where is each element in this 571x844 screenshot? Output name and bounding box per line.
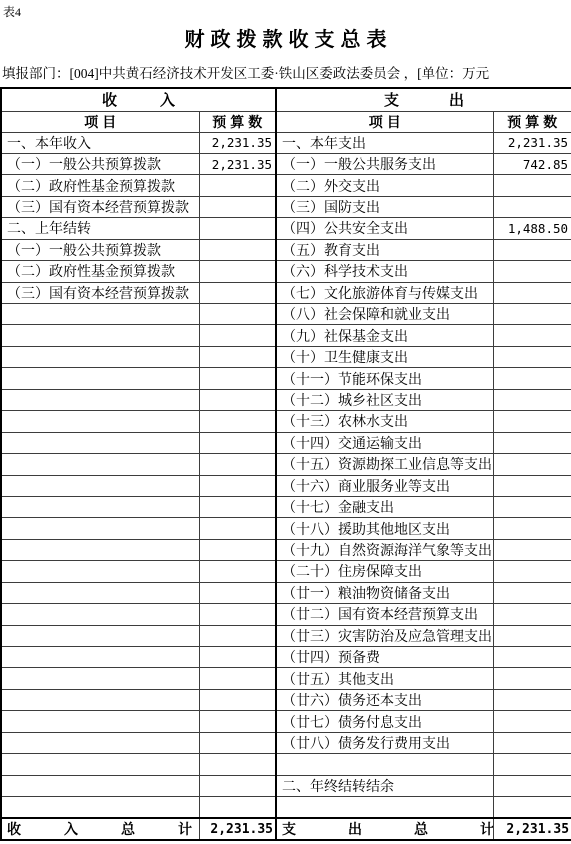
table-row: （一）一般公共预算拨款（五）教育支出 — [1, 239, 571, 260]
table-row: （廿五）其他支出 — [1, 668, 571, 689]
expense-item-cell: （十）卫生健康支出 — [276, 346, 493, 367]
table-row: （十五）资源勘探工业信息等支出 — [1, 454, 571, 475]
income-budget-cell — [199, 239, 276, 260]
income-item-cell — [1, 539, 199, 560]
expense-budget-cell — [493, 518, 571, 539]
income-budget-cell — [199, 797, 276, 818]
expense-item-cell: （二十）住房保障支出 — [276, 561, 493, 582]
expense-budget-cell — [493, 282, 571, 303]
expense-item-cell: （三）国防支出 — [276, 196, 493, 217]
table-tag: 表4 — [3, 3, 21, 20]
income-item-cell — [1, 797, 199, 818]
income-item-cell — [1, 368, 199, 389]
income-budget-cell — [199, 754, 276, 775]
income-item-cell: （二）政府性基金预算拨款 — [1, 175, 199, 196]
expense-budget-cell — [493, 604, 571, 625]
income-budget-column-header: 预算数 — [199, 111, 276, 132]
income-budget-cell — [199, 732, 276, 753]
expense-item-cell: （十八）援助其他地区支出 — [276, 518, 493, 539]
expense-budget-cell — [493, 368, 571, 389]
expense-budget-column-header: 预算数 — [493, 111, 571, 132]
income-budget-cell — [199, 775, 276, 796]
income-item-cell — [1, 475, 199, 496]
expense-budget-cell — [493, 175, 571, 196]
expense-budget-cell — [493, 411, 571, 432]
expense-item-cell: （廿四）预备费 — [276, 647, 493, 668]
expense-item-cell: （十二）城乡社区支出 — [276, 389, 493, 410]
income-budget-cell — [199, 346, 276, 367]
expense-budget-cell: 742.85 — [493, 153, 571, 174]
income-budget-cell — [199, 368, 276, 389]
page-title-text: 财政拨款收支总表 — [185, 29, 393, 51]
expense-item-cell: （十三）农林水支出 — [276, 411, 493, 432]
expense-budget-cell — [493, 475, 571, 496]
expense-budget-cell — [493, 325, 571, 346]
expense-item-cell: （廿一）粮油物资储备支出 — [276, 582, 493, 603]
expense-budget-cell — [493, 775, 571, 796]
expense-item-cell: （廿七）债务付息支出 — [276, 711, 493, 732]
expense-budget-cell — [493, 668, 571, 689]
table-row: （廿七）债务付息支出 — [1, 711, 571, 732]
table-row: （十）卫生健康支出 — [1, 346, 571, 367]
income-item-cell — [1, 775, 199, 796]
income-item-column-header: 项目 — [1, 111, 199, 132]
table-row: （一）一般公共预算拨款2,231.35（一）一般公共服务支出742.85 — [1, 153, 571, 174]
expense-budget-cell — [493, 454, 571, 475]
expense-item-cell: （十九）自然资源海洋气象等支出 — [276, 539, 493, 560]
total-row: 收入总计 2,231.35 支出总计 2,231.35 — [1, 818, 571, 840]
income-item-cell: （三）国有资本经营预算拨款 — [1, 282, 199, 303]
income-item-cell — [1, 732, 199, 753]
expense-budget-cell — [493, 647, 571, 668]
expense-total-label: 支出总计 — [276, 818, 493, 840]
expense-budget-cell — [493, 389, 571, 410]
column-header-row: 项目 预算数 项目 预算数 — [1, 111, 571, 132]
income-item-cell — [1, 346, 199, 367]
income-item-cell — [1, 411, 199, 432]
table-body: 一、本年收入2,231.35一、本年支出2,231.35（一）一般公共预算拨款2… — [1, 132, 571, 818]
income-item-cell — [1, 304, 199, 325]
expense-budget-cell — [493, 797, 571, 818]
expense-item-cell: （十一）节能环保支出 — [276, 368, 493, 389]
summary-table: 收入 支出 项目 预算数 项目 预算数 一 — [0, 87, 571, 841]
income-budget-cell — [199, 282, 276, 303]
expense-budget-cell: 1,488.50 — [493, 218, 571, 239]
income-budget-cell — [199, 561, 276, 582]
income-item-cell — [1, 754, 199, 775]
expense-item-cell: （廿八）债务发行费用支出 — [276, 732, 493, 753]
expense-budget-cell — [493, 625, 571, 646]
income-budget-cell — [199, 454, 276, 475]
table-row: （九）社保基金支出 — [1, 325, 571, 346]
expense-section-header: 支出 — [276, 88, 571, 111]
expense-total-value: 2,231.35 — [493, 818, 571, 840]
income-item-cell — [1, 496, 199, 517]
expense-item-column-header: 项目 — [276, 111, 493, 132]
table-row: （十八）援助其他地区支出 — [1, 518, 571, 539]
expense-budget-cell — [493, 539, 571, 560]
income-item-cell — [1, 625, 199, 646]
expense-budget-cell — [493, 689, 571, 710]
expense-budget-cell — [493, 496, 571, 517]
income-budget-cell — [199, 604, 276, 625]
table-row: 二、上年结转（四）公共安全支出1,488.50 — [1, 218, 571, 239]
expense-item-cell: （四）公共安全支出 — [276, 218, 493, 239]
table-row: （廿一）粮油物资储备支出 — [1, 582, 571, 603]
income-budget-cell — [199, 475, 276, 496]
expense-budget-cell — [493, 754, 571, 775]
income-budget-cell — [199, 539, 276, 560]
income-section-header-text: 收入 — [102, 93, 218, 109]
table-row: （八）社会保障和就业支出 — [1, 304, 571, 325]
income-budget-cell — [199, 389, 276, 410]
income-budget-cell — [199, 411, 276, 432]
expense-budget-cell — [493, 711, 571, 732]
expense-budget-cell: 2,231.35 — [493, 132, 571, 153]
expense-item-cell: （八）社会保障和就业支出 — [276, 304, 493, 325]
income-budget-cell — [199, 582, 276, 603]
income-item-cell: （一）一般公共预算拨款 — [1, 239, 199, 260]
table-row: （三）国有资本经营预算拨款（七）文化旅游体育与传媒支出 — [1, 282, 571, 303]
income-budget-cell — [199, 518, 276, 539]
income-budget-cell — [199, 218, 276, 239]
table-row: （十七）金融支出 — [1, 496, 571, 517]
income-item-cell — [1, 647, 199, 668]
income-item-cell: （一）一般公共预算拨款 — [1, 153, 199, 174]
table-row: （廿三）灾害防治及应急管理支出 — [1, 625, 571, 646]
expense-budget-cell — [493, 561, 571, 582]
expense-item-cell: （五）教育支出 — [276, 239, 493, 260]
table-row: （二十）住房保障支出 — [1, 561, 571, 582]
income-budget-cell — [199, 711, 276, 732]
table-row: 二、年终结转结余 — [1, 775, 571, 796]
income-budget-cell — [199, 196, 276, 217]
income-item-cell — [1, 689, 199, 710]
table-row: （二）政府性基金预算拨款（二）外交支出 — [1, 175, 571, 196]
expense-budget-cell — [493, 346, 571, 367]
table-row: 一、本年收入2,231.35一、本年支出2,231.35 — [1, 132, 571, 153]
expense-item-cell: （九）社保基金支出 — [276, 325, 493, 346]
income-budget-cell — [199, 432, 276, 453]
expense-budget-cell — [493, 239, 571, 260]
expense-item-cell: 一、本年支出 — [276, 132, 493, 153]
table-row: （廿六）债务还本支出 — [1, 689, 571, 710]
expense-item-cell: （七）文化旅游体育与传媒支出 — [276, 282, 493, 303]
expense-item-cell: （廿六）债务还本支出 — [276, 689, 493, 710]
table-row: （二）政府性基金预算拨款（六）科学技术支出 — [1, 261, 571, 282]
page-title: 财政拨款收支总表 — [0, 23, 571, 52]
department-line: 填报部门：[004]中共黄石经济技术开发区工委·铁山区委政法委员会 ，[单位：万… — [2, 62, 571, 82]
income-budget-cell — [199, 175, 276, 196]
income-item-cell — [1, 561, 199, 582]
income-item-cell — [1, 432, 199, 453]
expense-section-header-text: 支出 — [384, 93, 514, 109]
expense-budget-cell — [493, 582, 571, 603]
income-item-cell — [1, 389, 199, 410]
income-budget-cell — [199, 496, 276, 517]
table-row: （十三）农林水支出 — [1, 411, 571, 432]
expense-item-cell: （廿五）其他支出 — [276, 668, 493, 689]
income-budget-cell — [199, 689, 276, 710]
income-item-cell — [1, 711, 199, 732]
table-row: （十四）交通运输支出 — [1, 432, 571, 453]
income-budget-cell: 2,231.35 — [199, 132, 276, 153]
income-item-cell — [1, 604, 199, 625]
income-budget-cell: 2,231.35 — [199, 153, 276, 174]
expense-item-cell — [276, 797, 493, 818]
table-row: （十一）节能环保支出 — [1, 368, 571, 389]
section-header-row: 收入 支出 — [1, 88, 571, 111]
expense-item-cell: 二、年终结转结余 — [276, 775, 493, 796]
income-budget-cell — [199, 668, 276, 689]
expense-item-cell: （廿三）灾害防治及应急管理支出 — [276, 625, 493, 646]
expense-budget-cell — [493, 196, 571, 217]
table-row: （十六）商业服务业等支出 — [1, 475, 571, 496]
expense-budget-cell — [493, 261, 571, 282]
table-row: （三）国有资本经营预算拨款（三）国防支出 — [1, 196, 571, 217]
income-total-value: 2,231.35 — [199, 818, 276, 840]
table-row: （十九）自然资源海洋气象等支出 — [1, 539, 571, 560]
expense-item-cell: （廿二）国有资本经营预算支出 — [276, 604, 493, 625]
expense-budget-cell — [493, 304, 571, 325]
income-budget-cell — [199, 647, 276, 668]
income-section-header: 收入 — [1, 88, 276, 111]
income-total-label: 收入总计 — [1, 818, 199, 840]
income-budget-cell — [199, 625, 276, 646]
income-item-cell — [1, 582, 199, 603]
expense-item-cell: （十七）金融支出 — [276, 496, 493, 517]
income-budget-cell — [199, 261, 276, 282]
expense-item-cell: （十六）商业服务业等支出 — [276, 475, 493, 496]
page-container: 表4 财政拨款收支总表 填报部门：[004]中共黄石经济技术开发区工委·铁山区委… — [0, 0, 571, 844]
expense-item-cell: （一）一般公共服务支出 — [276, 153, 493, 174]
income-item-cell: （二）政府性基金预算拨款 — [1, 261, 199, 282]
income-item-cell: （三）国有资本经营预算拨款 — [1, 196, 199, 217]
income-item-cell: 一、本年收入 — [1, 132, 199, 153]
table-row: （廿四）预备费 — [1, 647, 571, 668]
income-budget-cell — [199, 325, 276, 346]
income-item-cell — [1, 668, 199, 689]
expense-item-cell: （六）科学技术支出 — [276, 261, 493, 282]
expense-item-cell: （二）外交支出 — [276, 175, 493, 196]
income-budget-cell — [199, 304, 276, 325]
table-row: （廿二）国有资本经营预算支出 — [1, 604, 571, 625]
expense-budget-cell — [493, 432, 571, 453]
expense-item-cell — [276, 754, 493, 775]
expense-item-cell: （十五）资源勘探工业信息等支出 — [276, 454, 493, 475]
expense-budget-cell — [493, 732, 571, 753]
table-row — [1, 754, 571, 775]
table-row: （十二）城乡社区支出 — [1, 389, 571, 410]
income-item-cell — [1, 325, 199, 346]
table-row: （廿八）债务发行费用支出 — [1, 732, 571, 753]
table-row — [1, 797, 571, 818]
income-item-cell: 二、上年结转 — [1, 218, 199, 239]
income-item-cell — [1, 518, 199, 539]
income-item-cell — [1, 454, 199, 475]
expense-item-cell: （十四）交通运输支出 — [276, 432, 493, 453]
